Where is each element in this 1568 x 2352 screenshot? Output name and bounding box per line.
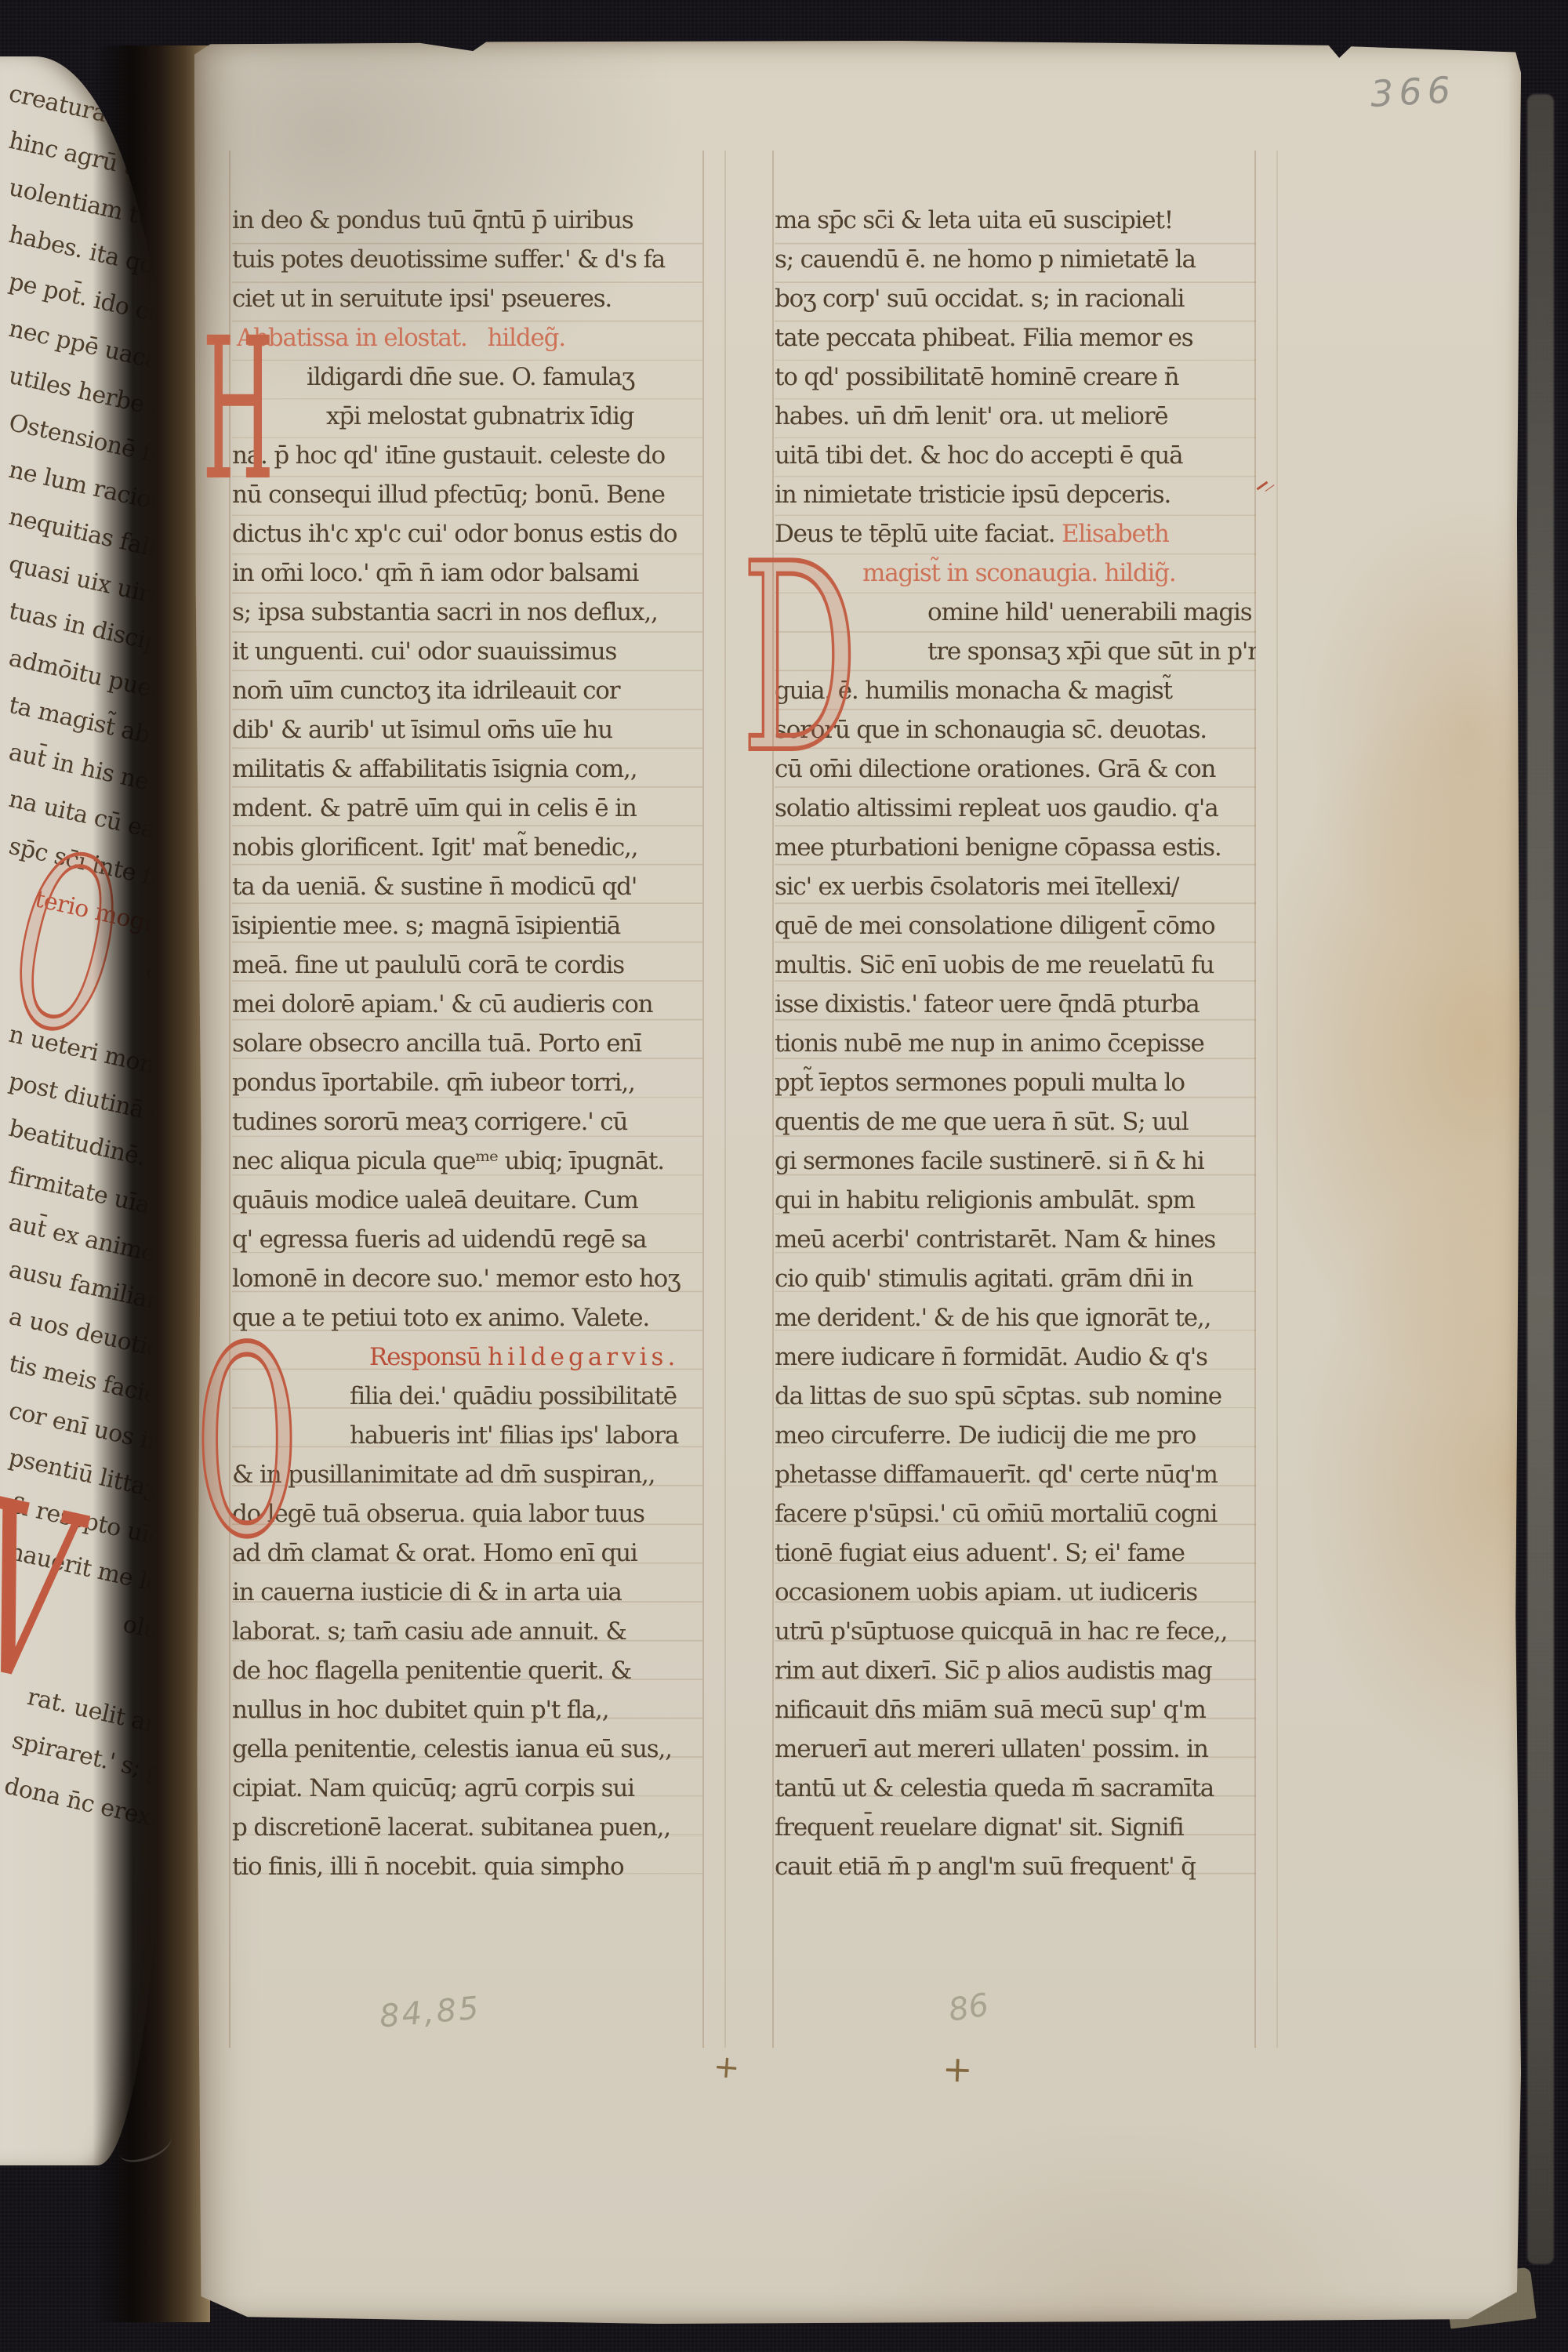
rubric-text: Responsū [369,1343,488,1371]
rubric-text: hildeg̃. [467,324,565,352]
text-line: tionis nubē me nup in animo c̄cepisse [775,1024,1256,1063]
text-line: Abbatissa in elostat. hildeg̃. [232,318,702,358]
text-line: nom̄ uīm cunctoʒ ita idrileauit cor [232,671,702,710]
ink-text: qui in habitu religionis ambulāt. spm [775,1186,1195,1214]
gutter-shadow [93,45,210,2322]
ink-text: lomonē in decore suo.' memor esto hoʒ [232,1265,680,1293]
ink-text: in om̄i loco.' qm̄ n̄ iam odor balsami [232,559,638,587]
text-line: nullus in hoc dubitet quin p't fla,, [232,1690,702,1730]
text-line: laborat. s; tam̄ casiu ade annuit. & [232,1612,702,1651]
ink-text: nom̄ uīm cunctoʒ ita idrileauit cor [232,677,619,705]
text-line: habes. un̄ dm̄ lenit' ora. ut meliorē [775,397,1256,436]
ink-text: to qd' possibilitatē hominē creare n̄ [775,363,1178,391]
text-line: cipiat. Nam quicūq; agrū corpis sui [232,1769,702,1808]
ink-text: rim aut dixerī. Sic̄ p alios audistis ma… [775,1657,1212,1685]
ink-text: facere p'sūpsi.' cū om̄iū mortaliū cogni [775,1500,1217,1528]
text-line: tionē fugiat eius aduent'. S; ei' fame [775,1534,1256,1573]
text-line: Responsū hildegarvis. [232,1338,702,1377]
ink-text: in deo & pondus tuū q̄ntū p̄ uiribus [232,206,633,234]
text-line: phetasse diffamauerīt. qd' certe nūq'm [775,1455,1256,1494]
text-line: to qd' possibilitatē hominē creare n̄ [775,358,1256,397]
ink-text: cio quib' stimulis agitati. grām dn̄i in [775,1265,1192,1293]
initial-o: O [196,1314,298,1573]
text-line: īsipientie mee. s; magnā īsipientiā [232,906,702,946]
ink-text: q' egressa fueris ad uidendū regē sa [232,1225,646,1254]
ink-text: multis. Sic̄ enī uobis de me reuelatū fu [775,951,1214,979]
ink-text: habueris int' filias ips' labora [350,1421,678,1450]
text-line: q' egressa fueris ad uidendū regē sa [232,1220,702,1259]
text-line: lomonē in decore suo.' memor esto hoʒ [232,1259,702,1298]
ink-text: ppt̃ īeptos sermones populi multa lo [775,1069,1185,1097]
ink-text: solare obsecro ancilla tuā. Porto enī [232,1029,641,1058]
ink-text: nobis glorificent. Igit' mat̃ benedic,, [232,833,637,862]
rubric-text: magist̃ in sconaugia. hildig̃. [862,559,1176,587]
ink-text: ildigardi dn̄e sue. O. famulaʒ [307,363,634,391]
ink-cross-mark: + [712,2049,741,2086]
ink-text: sic' ex uerbis c̄solatoris mei ītellexi/ [775,873,1178,901]
ruling-vertical [724,151,726,2048]
ink-text: quāuis modice ualeā deuitare. Cum [232,1186,638,1214]
photo-stage: creatura se fincti timere thinc agrū te … [0,0,1568,2352]
ink-text: tuis potes deuotissime suffer.' & d's fa [232,245,665,274]
text-line: ma sp̄c sc̄i & leta uita eū suscipiet! [775,201,1256,240]
ink-text: s; cauendū ē. ne homo p nimietatē la [775,245,1196,274]
text-line: gella penitentie, celestis ianua eū sus,… [232,1730,702,1769]
ink-text: habes. un̄ dm̄ lenit' ora. ut meliorē [775,402,1167,430]
rubric-text: hildegarvis. [488,1343,679,1371]
ink-cross-mark: + [942,2047,973,2090]
ink-text: de hoc flagella penitentie querit. & [232,1657,631,1685]
text-line: que a te petiui toto ex animo. Valete. [232,1298,702,1338]
text-line: meū acerbi' contristarēt. Nam & hines [775,1220,1256,1259]
ink-text: omine hild' uenerabili magis [927,598,1251,626]
ink-text: utrū p'sūptuose quicquā in hac re fece,, [775,1617,1227,1646]
ink-text: na. p̄ hoc qd' itīne gustauit. celeste d… [232,441,665,470]
text-line: dib' & aurib' ut īsimul om̄s uīe hu [232,710,702,750]
text-line: mee pturbationi benigne cōpassa estis. [775,828,1256,867]
ink-text: dictus ih'c xp'c cui' odor bonus estis d… [232,520,677,548]
text-line: solare obsecro ancilla tuā. Porto enī [232,1024,702,1063]
text-line: tate peccata phibeat. Filia memor es [775,318,1256,358]
text-line: in deo & pondus tuū q̄ntū p̄ uiribus [232,201,702,240]
text-line: tio finis, illi n̄ nocebit. quia simpho [232,1847,702,1886]
ink-text: laborat. s; tam̄ casiu ade annuit. & [232,1617,626,1646]
fore-edge-strip [1527,94,1554,2264]
ink-text: quē de mei consolatione diligent̄ cōmo [775,912,1214,940]
ink-text: isse dixistis.' fateor uere q̄ndā pturba [775,990,1200,1018]
text-line: rim aut dixerī. Sic̄ p alios audistis ma… [775,1651,1256,1690]
text-line: me derident.' & de his que ignorāt te,, [775,1298,1256,1338]
bottom-right-number-pencil: 86 [946,1987,991,2028]
text-line: xp̄i melostat gubnatrix īdig [232,397,702,436]
text-line: facere p'sūpsi.' cū om̄iū mortaliū cogni [775,1494,1256,1534]
text-line: tuis potes deuotissime suffer.' & d's fa [232,240,702,279]
ruling-vertical [1276,151,1278,2048]
ink-text: cauit etiā m̄ p angl'm suū frequent' q̄ [775,1853,1196,1881]
text-line: nificauit dn̄s miām suā mecū sup' q'm [775,1690,1256,1730]
text-line: mdent. & patrē uīm qui in celis ē in [232,789,702,828]
text-line: do legē tuā obserua. quia labor tuus [232,1494,702,1534]
text-line: gi sermones facile sustinerē. si n̄ & hi [775,1142,1256,1181]
ink-text: ta da ueniā. & sustine n̄ modicū qd' [232,873,637,901]
ink-text: nec aliqua picula queᵐᵉ ubiq; īpugnāt. [232,1147,664,1175]
ink-text: meo circuferre. De iudicij die me pro [775,1421,1196,1450]
text-line: pondus īportabile. qm̄ iubeor torri,, [232,1063,702,1102]
text-line: tantū ut & celestia queda m̄ sacramīta [775,1769,1256,1808]
ink-text: ciet ut in seruitute ipsi' pseueres. [232,285,612,313]
ink-text: tate peccata phibeat. Filia memor es [775,324,1192,352]
ink-text: tio finis, illi n̄ nocebit. quia simpho [232,1853,624,1881]
text-line: occasionem uobis apiam. ut iudiceris [775,1573,1256,1612]
text-line: sic' ex uerbis c̄solatoris mei ītellexi/ [775,867,1256,906]
text-line: militatis & affabilitatis īsignia com,, [232,750,702,789]
text-line: ildigardi dn̄e sue. O. famulaʒ [232,358,702,397]
ink-text: boʒ corp' suū occidat. s; in racionali [775,285,1184,313]
ink-text: meā. fine ut paululū corā te cordis [232,951,624,979]
text-line: de hoc flagella penitentie querit. & [232,1651,702,1690]
red-margin-mark [1257,481,1269,491]
ink-text: uitā tibi det. & hoc do accepti ē quā [775,441,1182,470]
text-line: p discretionē lacerat. subitanea puen,, [232,1808,702,1847]
ink-text: īsipientie mee. s; magnā īsipientiā [232,912,620,940]
ink-text: dib' & aurib' ut īsimul om̄s uīe hu [232,716,612,744]
ink-text: mee pturbationi benigne cōpassa estis. [775,833,1221,862]
bottom-left-number-pencil: 84,85 [378,1990,482,2034]
text-line: frequent̄ reuelare dignat' sit. Signifi [775,1808,1256,1847]
text-line: s; ipsa substantia sacri in nos deflux,, [232,593,702,632]
ink-text: me derident.' & de his que ignorāt te,, [775,1304,1210,1332]
ink-text: ma sp̄c sc̄i & leta uita eū suscipiet! [775,206,1173,234]
text-line: nobis glorificent. Igit' mat̃ benedic,, [232,828,702,867]
text-line: s; cauendū ē. ne homo p nimietatē la [775,240,1256,279]
ink-text: tudines sororū meaʒ corrigere.' cū [232,1108,627,1136]
text-line: mere iudicare n̄ formidāt. Audio & q's [775,1338,1256,1377]
ink-text: meū acerbi' contristarēt. Nam & hines [775,1225,1215,1254]
ink-text: nificauit dn̄s miām suā mecū sup' q'm [775,1696,1206,1724]
manuscript-page: in deo & pondus tuū q̄ntū p̄ uiribustuis… [194,41,1521,2324]
right-text-column: ma sp̄c sc̄i & leta uita eū suscipiet!s;… [775,201,1256,1894]
text-line: ta da ueniā. & sustine n̄ modicū qd' [232,867,702,906]
ink-text: pondus īportabile. qm̄ iubeor torri,, [232,1069,635,1097]
rubric-text: Elisabeth [1062,520,1169,548]
text-line: meā. fine ut paululū corā te cordis [232,946,702,985]
text-line: nec aliqua picula queᵐᵉ ubiq; īpugnāt. [232,1142,702,1181]
text-line: cio quib' stimulis agitati. grām dn̄i in [775,1259,1256,1298]
ink-text: phetasse diffamauerīt. qd' certe nūq'm [775,1461,1218,1489]
text-line: boʒ corp' suū occidat. s; in racionali [775,279,1256,318]
ink-text: p discretionē lacerat. subitanea puen,, [232,1813,670,1842]
text-line: quāuis modice ualeā deuitare. Cum [232,1181,702,1220]
ink-text: in nimietate tristicie ipsū depceris. [775,481,1171,509]
text-line: uitā tibi det. & hoc do accepti ē quā [775,436,1256,475]
folio-number-pencil: 366 [1370,68,1457,115]
text-line: in cauerna iusticie di & in arta uia [232,1573,702,1612]
ink-text: cipiat. Nam quicūq; agrū corpis sui [232,1774,634,1802]
ink-text: tionis nubē me nup in animo c̄cepisse [775,1029,1204,1058]
ink-text: xp̄i melostat gubnatrix īdig [326,402,633,430]
ink-text: tantū ut & celestia queda m̄ sacramīta [775,1774,1214,1802]
text-line: dictus ih'c xp'c cui' odor bonus estis d… [232,514,702,554]
text-line: multis. Sic̄ enī uobis de me reuelatū fu [775,946,1256,985]
ink-text: quentis de me que uera n̄ sūt. S; uul [775,1108,1188,1136]
ink-text: filia dei.' quādiu possibilitatē [350,1382,677,1410]
ink-text: tionē fugiat eius aduent'. S; ei' fame [775,1539,1185,1567]
left-text-column: in deo & pondus tuū q̄ntū p̄ uiribustuis… [232,201,702,1894]
text-line: cauit etiā m̄ p angl'm suū frequent' q̄ [775,1847,1256,1886]
ink-text: gi sermones facile sustinerē. si n̄ & hi [775,1147,1204,1175]
text-line: tudines sororū meaʒ corrigere.' cū [232,1102,702,1142]
text-line: ciet ut in seruitute ipsi' pseueres. [232,279,702,318]
text-line: meo circuferre. De iudicij die me pro [775,1416,1256,1455]
text-line: ad dm̄ clamat & orat. Homo enī qui [232,1534,702,1573]
text-line: qui in habitu religionis ambulāt. spm [775,1181,1256,1220]
text-line: mei dolorē apiam.' & cū audieris con [232,985,702,1024]
ink-text: da littas de suo spū sc̄ptas. sub nomine [775,1382,1221,1410]
initial-h: H [202,312,274,508]
ink-text: mere iudicare n̄ formidāt. Audio & q's [775,1343,1207,1371]
initial-d: D [742,530,858,789]
ink-text: tre sponsaʒ xp̄i que sūt in p'n [927,637,1256,666]
text-line: filia dei.' quādiu possibilitatē [232,1377,702,1416]
text-line: it unguenti. cui' odor suauissimus [232,632,702,671]
text-line: in om̄i loco.' qm̄ n̄ iam odor balsami [232,554,702,593]
text-line: & in pusillanimitate ad dm̄ suspiran,, [232,1455,702,1494]
ink-text: mdent. & patrē uīm qui in celis ē in [232,794,637,822]
ink-text: mei dolorē apiam.' & cū audieris con [232,990,652,1018]
text-line: isse dixistis.' fateor uere q̄ndā pturba [775,985,1256,1024]
ink-text: occasionem uobis apiam. ut iudiceris [775,1578,1197,1606]
text-line: na. p̄ hoc qd' itīne gustauit. celeste d… [232,436,702,475]
text-line: meruerī aut mereri ullaten' possim. in [775,1730,1256,1769]
ink-text: meruerī aut mereri ullaten' possim. in [775,1735,1208,1763]
ink-text: it unguenti. cui' odor suauissimus [232,637,616,666]
ink-text: gella penitentie, celestis ianua eū sus,… [232,1735,672,1763]
ink-text: nullus in hoc dubitet quin p't fla,, [232,1696,608,1724]
text-line: nū consequi illud pfectūq; bonū. Bene [232,475,702,514]
text-line: utrū p'sūptuose quicquā in hac re fece,, [775,1612,1256,1651]
ink-text: s; ipsa substantia sacri in nos deflux,, [232,598,658,626]
ink-text: frequent̄ reuelare dignat' sit. Signifi [775,1813,1184,1842]
ruling-vertical [702,151,704,2048]
text-line: quē de mei consolatione diligent̄ cōmo [775,906,1256,946]
text-line: habueris int' filias ips' labora [232,1416,702,1455]
ink-text: militatis & affabilitatis īsignia com,, [232,755,637,783]
text-line: quentis de me que uera n̄ sūt. S; uul [775,1102,1256,1142]
ruling-vertical [772,151,774,2048]
text-line: da littas de suo spū sc̄ptas. sub nomine [775,1377,1256,1416]
text-line: ppt̃ īeptos sermones populi multa lo [775,1063,1256,1102]
ink-text: nū consequi illud pfectūq; bonū. Bene [232,481,665,509]
